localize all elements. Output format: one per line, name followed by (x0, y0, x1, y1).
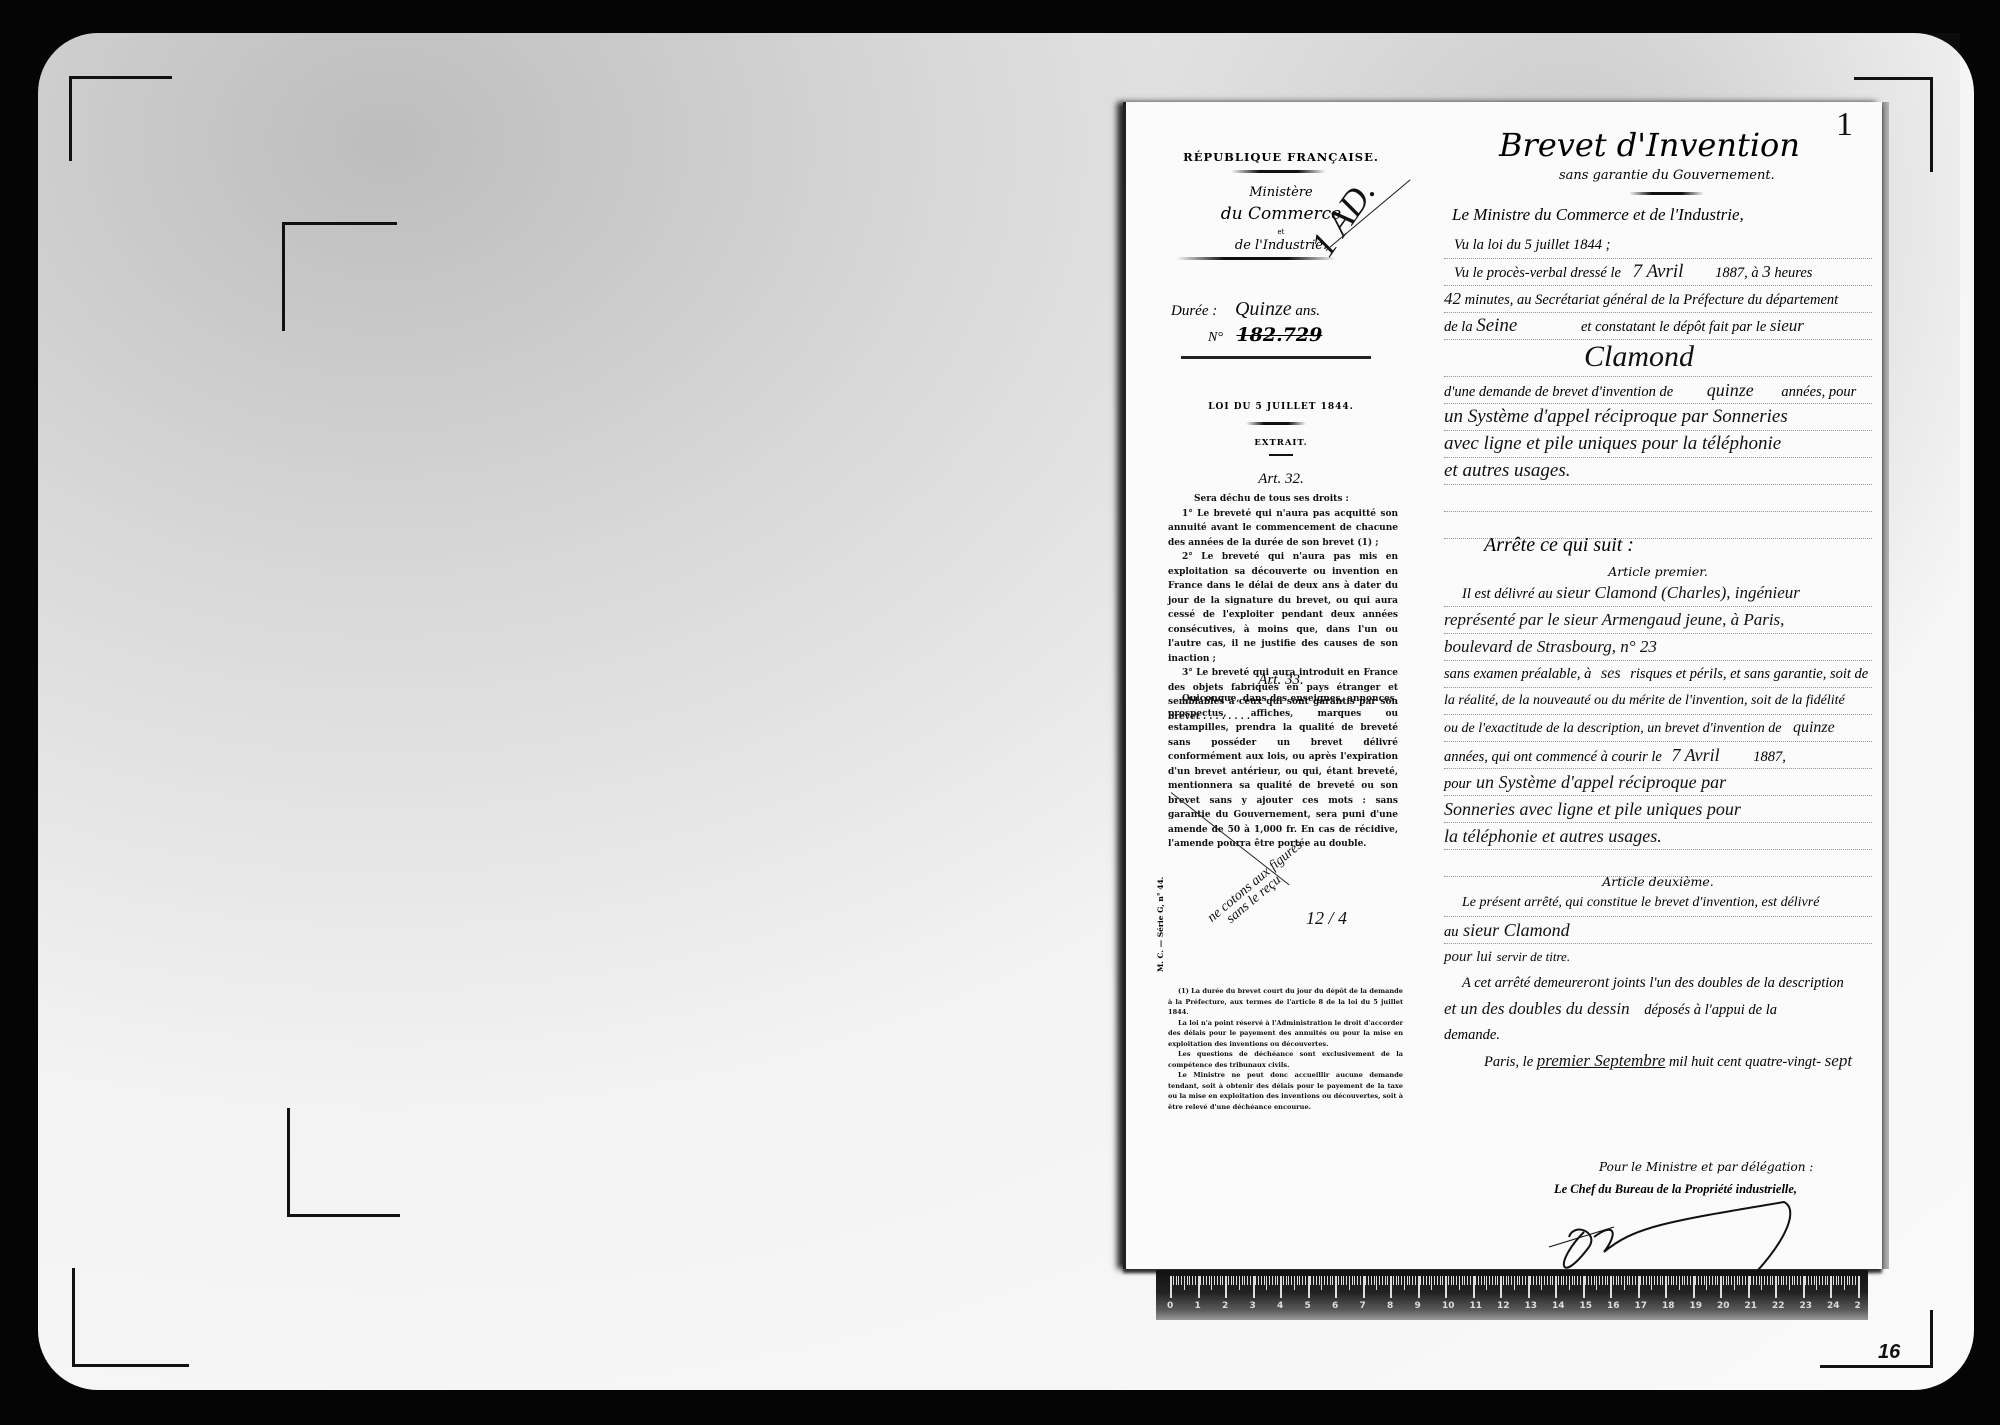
corner-number: 1 (1836, 106, 1853, 144)
ruler-minor-tick (1247, 1276, 1248, 1285)
ruler-minor-tick (1536, 1276, 1537, 1285)
ruler-minor-tick (1627, 1276, 1628, 1285)
ruler-label: 10 (1442, 1301, 1455, 1311)
deposit-sieur: sieur (1770, 316, 1804, 335)
hours-label: heures (1774, 265, 1812, 281)
ruler-minor-tick (1379, 1276, 1380, 1285)
ruler-minor-tick (1396, 1276, 1397, 1285)
ruler-minor-tick (1517, 1276, 1518, 1285)
ruler-minor-tick (1561, 1276, 1562, 1285)
ruler-minor-tick (1189, 1276, 1190, 1285)
ruler-minor-tick (1838, 1276, 1839, 1285)
ruler-label: 4 (1277, 1301, 1283, 1311)
ruler-minor-tick (1387, 1276, 1388, 1285)
vu-proces-verbal: Vu le procès-verbal dressé le (1454, 265, 1621, 281)
ruler-minor-tick (1558, 1276, 1559, 1285)
ruler-minor-tick (1176, 1276, 1177, 1285)
ruler-minor-tick (1701, 1276, 1702, 1285)
ruler-minor-tick (1385, 1276, 1386, 1285)
ruler-tick (1445, 1276, 1447, 1298)
ruler-minor-tick (1393, 1276, 1394, 1285)
ruler-minor-tick (1404, 1276, 1405, 1290)
ruler-minor-tick (1731, 1276, 1732, 1285)
ruler-minor-tick (1495, 1276, 1496, 1285)
ruler-tick (1390, 1276, 1392, 1298)
ruler-minor-tick (1211, 1276, 1212, 1290)
left-column: RÉPUBLIQUE FRANÇAISE. Ministère du Comme… (1136, 102, 1426, 1269)
risques-text: risques et périls, et sans garantie, soi… (1630, 666, 1868, 682)
ruler-minor-tick (1605, 1276, 1606, 1285)
ruler-label: 22 (1772, 1301, 1785, 1311)
ruler-minor-tick (1717, 1276, 1718, 1285)
ruler-label: 17 (1635, 1301, 1648, 1311)
ruler-minor-tick (1429, 1276, 1430, 1285)
ruler-minor-tick (1695, 1276, 1696, 1285)
ruler-label: 16 (1607, 1301, 1620, 1311)
ruler-minor-tick (1228, 1276, 1229, 1285)
grant-invention-line-1: un Système d'appel réciproque par (1476, 772, 1726, 792)
ruler-minor-tick (1382, 1276, 1383, 1285)
ruler-tick (1225, 1276, 1227, 1298)
ruler-minor-tick (1654, 1276, 1655, 1285)
ruler-minor-tick (1453, 1276, 1454, 1285)
ruler-minor-tick (1624, 1276, 1625, 1290)
margin-number: 12 / 4 (1306, 908, 1347, 929)
ruler-minor-tick (1533, 1276, 1534, 1285)
ruler-minor-tick (1767, 1276, 1768, 1285)
ruler-label: 8 (1387, 1301, 1393, 1311)
ruler-minor-tick (1376, 1276, 1377, 1290)
ruler-minor-tick (1181, 1276, 1182, 1285)
ruler-tick (1363, 1276, 1365, 1298)
ruler-minor-tick (1371, 1276, 1372, 1285)
demande-text: demande. (1444, 1022, 1872, 1048)
ruler-minor-tick (1206, 1276, 1207, 1285)
ruler-minor-tick (1569, 1276, 1570, 1290)
ruler-tick (1253, 1276, 1255, 1298)
ruler-minor-tick (1668, 1276, 1669, 1285)
crop-mark-bottom-left-outer (72, 1268, 189, 1367)
ruler-label: 12 (1497, 1301, 1510, 1311)
article-33-text: Quiconque, dans des enseignes, annonces,… (1168, 692, 1398, 852)
ruler-minor-tick (1621, 1276, 1622, 1285)
ruler-tick (1803, 1276, 1805, 1298)
ruler-tick (1830, 1276, 1832, 1298)
ruler-minor-tick (1343, 1276, 1344, 1285)
annex-joint: joint (1613, 975, 1640, 991)
ruler-minor-tick (1781, 1276, 1782, 1285)
ruler-minor-tick (1481, 1276, 1482, 1285)
ruler-minor-tick (1442, 1276, 1443, 1285)
ruler-minor-tick (1283, 1276, 1284, 1285)
article-2-line-1: Le présent arrêté, qui constitue le brev… (1444, 890, 1872, 917)
ruler-minor-tick (1426, 1276, 1427, 1285)
ruler-minor-tick (1852, 1276, 1853, 1285)
ruler-minor-tick (1800, 1276, 1801, 1285)
ruler-minor-tick (1398, 1276, 1399, 1285)
ruler-tick (1500, 1276, 1502, 1298)
au-text: au (1444, 924, 1459, 940)
footnote-1: (1) La durée du brevet court du jour du … (1168, 986, 1403, 1018)
ruler-tick (1528, 1276, 1530, 1298)
ruler-minor-tick (1368, 1276, 1369, 1285)
ruler-minor-tick (1761, 1276, 1762, 1290)
ministry-line-4: de l'Industrie. (1136, 238, 1426, 253)
ministry-line-3: et (1136, 228, 1426, 236)
arrete-heading: Arrête ce qui suit : (1484, 534, 1634, 557)
ruler-minor-tick (1288, 1276, 1289, 1285)
ruler-minor-tick (1187, 1276, 1188, 1285)
ruler-minor-tick (1646, 1276, 1647, 1285)
ruler-minor-tick (1321, 1276, 1322, 1290)
ruler-minor-tick (1742, 1276, 1743, 1285)
ruler-label: 6 (1332, 1301, 1338, 1311)
ruler-minor-tick (1814, 1276, 1815, 1285)
ruler-minor-tick (1844, 1276, 1845, 1290)
article-2-title: Article deuxième. (1444, 874, 1872, 889)
ruler-minor-tick (1423, 1276, 1424, 1285)
ruler-tick (1198, 1276, 1200, 1298)
article-1-line-7: années, qui ont commencé à courir le (1444, 749, 1662, 765)
ruler-minor-tick (1478, 1276, 1479, 1285)
ruler-tick (1693, 1276, 1695, 1298)
ruler-minor-tick (1825, 1276, 1826, 1285)
examen-text: sans examen préalable, à (1444, 666, 1591, 682)
invention-line-3: et autres usages. (1444, 458, 1872, 485)
ruler-minor-tick (1258, 1276, 1259, 1285)
ruler-minor-tick (1291, 1276, 1292, 1285)
ruler-minor-tick (1737, 1276, 1738, 1285)
ruler-label: 23 (1800, 1301, 1813, 1311)
ruler-minor-tick (1616, 1276, 1617, 1285)
article-32-para-1: 1° Le breveté qui n'aura pas acquitté so… (1168, 507, 1398, 551)
ruler-minor-tick (1618, 1276, 1619, 1285)
ruler-minor-tick (1602, 1276, 1603, 1285)
ruler-minor-tick (1723, 1276, 1724, 1285)
ruler-minor-tick (1841, 1276, 1842, 1285)
ruler-minor-tick (1305, 1276, 1306, 1285)
ruler-tick (1775, 1276, 1777, 1298)
ruler-minor-tick (1242, 1276, 1243, 1285)
article-32-intro: Sera déchu de tous ses droits : (1168, 492, 1398, 507)
ruler-minor-tick (1789, 1276, 1790, 1290)
ruler-minor-tick (1514, 1276, 1515, 1290)
ruler-label: 18 (1662, 1301, 1675, 1311)
ruler-minor-tick (1269, 1276, 1270, 1285)
ruler-minor-tick (1272, 1276, 1273, 1285)
ruler-minor-tick (1745, 1276, 1746, 1285)
annex-suffix: l'un des doubles de la description (1649, 975, 1843, 991)
ruler-minor-tick (1330, 1276, 1331, 1285)
ruler-minor-tick (1753, 1276, 1754, 1285)
ruler-minor-tick (1577, 1276, 1578, 1285)
applicant-name: Clamond (1584, 344, 1694, 370)
ruler-minor-tick (1808, 1276, 1809, 1285)
ruler-minor-tick (1792, 1276, 1793, 1285)
ruler-minor-tick (1354, 1276, 1355, 1285)
ruler-minor-tick (1550, 1276, 1551, 1285)
pour-text: pour (1444, 776, 1471, 792)
article-1-prefix: Il est délivré au (1462, 586, 1553, 602)
paris-prefix: Paris, le (1484, 1054, 1533, 1070)
duration-label: Durée : (1171, 303, 1217, 319)
deposit-text: et constatant le dépôt fait par le (1581, 319, 1766, 335)
ruler-minor-tick (1847, 1276, 1848, 1285)
ruler-minor-tick (1594, 1276, 1595, 1285)
grant-start-date: 7 Avril (1671, 745, 1719, 765)
dessins-hand: et un des doubles du dessin (1444, 999, 1630, 1018)
ruler-minor-tick (1220, 1276, 1221, 1285)
grant-invention-line-3: la téléphonie et autres usages. (1444, 823, 1872, 850)
footnote-4: Le Ministre ne peut donc accueillir aucu… (1168, 1070, 1403, 1112)
ruler-minor-tick (1195, 1276, 1196, 1285)
crop-mark-bottom-left-inner (287, 1108, 400, 1217)
ruler-minor-tick (1797, 1276, 1798, 1285)
ruler-minor-tick (1698, 1276, 1699, 1285)
ruler-minor-tick (1319, 1276, 1320, 1285)
ruler-minor-tick (1580, 1276, 1581, 1285)
ruler-minor-tick (1231, 1276, 1232, 1285)
deposes-text: déposés à l'appui de la (1644, 1002, 1777, 1018)
ruler-minor-tick (1412, 1276, 1413, 1285)
department-prefix: de la (1444, 319, 1473, 335)
patent-number: 182.729 (1236, 324, 1322, 346)
ruler-minor-tick (1409, 1276, 1410, 1285)
ruler-label: 20 (1717, 1301, 1730, 1311)
ruler-minor-tick (1728, 1276, 1729, 1285)
ruler-minor-tick (1462, 1276, 1463, 1285)
ruler-minor-tick (1173, 1276, 1174, 1285)
ruler-minor-tick (1294, 1276, 1295, 1290)
ruler-minor-tick (1475, 1276, 1476, 1285)
ruler-minor-tick (1684, 1276, 1685, 1285)
ruler-minor-tick (1676, 1276, 1677, 1285)
footnote-2: La loi n'a point réservé à l'Administrat… (1168, 1018, 1403, 1050)
law-title: LOI DU 5 JUILLET 1844. (1136, 402, 1426, 412)
ruler-minor-tick (1431, 1276, 1432, 1290)
ruler-minor-tick (1484, 1276, 1485, 1285)
ruler-minor-tick (1759, 1276, 1760, 1285)
ruler-minor-tick (1313, 1276, 1314, 1285)
signature-icon (1544, 1192, 1804, 1282)
ruler-minor-tick (1464, 1276, 1465, 1285)
ruler-minor-tick (1539, 1276, 1540, 1285)
ruler-label: 2 (1222, 1301, 1228, 1311)
ruler-minor-tick (1255, 1276, 1256, 1285)
minister-line: Le Ministre du Commerce et de l'Industri… (1452, 205, 1744, 225)
ruler-minor-tick (1239, 1276, 1240, 1290)
ruler-minor-tick (1786, 1276, 1787, 1285)
ruler-tick (1418, 1276, 1420, 1298)
document-title: Brevet d'Invention (1499, 126, 1800, 164)
ruler-tick (1473, 1276, 1475, 1298)
ruler-minor-tick (1770, 1276, 1771, 1285)
ruler-tick (1583, 1276, 1585, 1298)
ruler-minor-tick (1574, 1276, 1575, 1285)
grant-year: 1887, (1753, 749, 1786, 765)
ruler-minor-tick (1316, 1276, 1317, 1285)
ruler-minor-tick (1310, 1276, 1311, 1285)
ruler-minor-tick (1233, 1276, 1234, 1285)
ruler-tick (1638, 1276, 1640, 1298)
ruler-minor-tick (1297, 1276, 1298, 1285)
ses-hand: ses (1601, 665, 1621, 682)
ruler-minor-tick (1709, 1276, 1710, 1285)
ruler-minor-tick (1563, 1276, 1564, 1285)
ruler-label: 11 (1470, 1301, 1483, 1311)
ruler-minor-tick (1704, 1276, 1705, 1285)
pour-lui-hand: pour lui (1444, 949, 1492, 965)
ruler-minor-tick (1849, 1276, 1850, 1285)
ruler-minor-tick (1437, 1276, 1438, 1285)
ruler-minor-tick (1459, 1276, 1460, 1290)
ruler-minor-tick (1591, 1276, 1592, 1285)
ruler-minor-tick (1833, 1276, 1834, 1285)
grantee-line-2: représenté par le sieur Armengaud jeune,… (1444, 607, 1872, 634)
ruler-minor-tick (1324, 1276, 1325, 1285)
ruler-minor-tick (1530, 1276, 1531, 1285)
ruler-tick (1858, 1276, 1860, 1298)
measuring-ruler: 0123456789101112131415161718192021222324… (1156, 1270, 1868, 1320)
ruler-minor-tick (1805, 1276, 1806, 1285)
ruler-minor-tick (1519, 1276, 1520, 1285)
ruler-minor-tick (1275, 1276, 1276, 1285)
ruler-minor-tick (1541, 1276, 1542, 1290)
ruler-minor-tick (1756, 1276, 1757, 1285)
ruler-minor-tick (1209, 1276, 1210, 1285)
ruler-label: 1 (1195, 1301, 1201, 1311)
ruler-minor-tick (1522, 1276, 1523, 1285)
ruler-minor-tick (1203, 1276, 1204, 1285)
ruler-minor-tick (1503, 1276, 1504, 1285)
ruler-minor-tick (1778, 1276, 1779, 1285)
ruler-minor-tick (1451, 1276, 1452, 1285)
request-prefix: d'une demande de brevet d'invention de (1444, 384, 1673, 400)
ruler-minor-tick (1434, 1276, 1435, 1285)
article-1-line-5: la réalité, de la nouveauté ou du mérite… (1444, 688, 1872, 715)
ruler-tick (1308, 1276, 1310, 1298)
ruler-minor-tick (1682, 1276, 1683, 1285)
ruler-tick (1665, 1276, 1667, 1298)
ruler-label: 7 (1360, 1301, 1366, 1311)
ruler-minor-tick (1739, 1276, 1740, 1285)
ruler-minor-tick (1448, 1276, 1449, 1285)
ruler-minor-tick (1456, 1276, 1457, 1285)
ruler-minor-tick (1764, 1276, 1765, 1285)
ruler-minor-tick (1687, 1276, 1688, 1285)
ruler-label: 15 (1580, 1301, 1593, 1311)
ruler-minor-tick (1346, 1276, 1347, 1285)
ruler-minor-tick (1470, 1276, 1471, 1285)
duration-unit: ans. (1295, 303, 1320, 319)
deposit-date: 7 Avril (1633, 261, 1684, 282)
right-column: Brevet d'Invention 1 sans garantie du Go… (1444, 102, 1874, 1269)
footnote-3: Les questions de déchéance sont exclusiv… (1168, 1049, 1403, 1070)
ruler-minor-tick (1266, 1276, 1267, 1290)
ruler-minor-tick (1596, 1276, 1597, 1290)
ruler-tick (1170, 1276, 1172, 1298)
ruler-minor-tick (1365, 1276, 1366, 1285)
ruler-minor-tick (1420, 1276, 1421, 1285)
article-32-title: Art. 32. (1136, 471, 1426, 488)
annex-hand-1: ont (1589, 974, 1609, 991)
ruler-minor-tick (1643, 1276, 1644, 1285)
ruler-minor-tick (1184, 1276, 1185, 1290)
ruler-minor-tick (1178, 1276, 1179, 1285)
ruler-minor-tick (1632, 1276, 1633, 1285)
signing-year-text: mil huit cent quatre-vingt- (1669, 1054, 1821, 1070)
form-code: M. C. — Série G, n° 44. (1156, 877, 1165, 972)
ruler-minor-tick (1819, 1276, 1820, 1285)
ruler-minor-tick (1508, 1276, 1509, 1285)
signing-year-hand: sept (1825, 1051, 1852, 1070)
ruler-minor-tick (1214, 1276, 1215, 1285)
ruler-minor-tick (1352, 1276, 1353, 1285)
ruler-minor-tick (1640, 1276, 1641, 1285)
ruler-minor-tick (1341, 1276, 1342, 1285)
annex-prefix: A cet arrêté demeurer (1462, 975, 1589, 991)
ruler-minor-tick (1816, 1276, 1817, 1290)
ruler-minor-tick (1407, 1276, 1408, 1285)
ruler-minor-tick (1772, 1276, 1773, 1285)
ruler-minor-tick (1200, 1276, 1201, 1285)
ruler-label: 9 (1415, 1301, 1421, 1311)
ruler-minor-tick (1827, 1276, 1828, 1285)
ruler-minor-tick (1660, 1276, 1661, 1285)
article-2-grantee: sieur Clamond (1463, 920, 1570, 940)
ruler-minor-tick (1497, 1276, 1498, 1285)
ruler-minor-tick (1250, 1276, 1251, 1285)
ruler-minor-tick (1599, 1276, 1600, 1285)
article-1-title: Article premier. (1444, 564, 1872, 579)
ruler-label: 13 (1525, 1301, 1538, 1311)
number-label: N° (1208, 330, 1223, 345)
ruler-minor-tick (1286, 1276, 1287, 1285)
vu-law: Vu la loi du 5 juillet 1844 ; (1454, 237, 1610, 253)
ruler-minor-tick (1511, 1276, 1512, 1285)
ruler-minor-tick (1715, 1276, 1716, 1285)
ruler-minor-tick (1572, 1276, 1573, 1285)
ruler-minor-tick (1734, 1276, 1735, 1290)
ruler-minor-tick (1566, 1276, 1567, 1285)
annex-hand-2: s (1640, 974, 1646, 991)
invention-line-2: avec ligne et pile uniques pour la télép… (1444, 431, 1872, 458)
ruler-minor-tick (1662, 1276, 1663, 1285)
ruler-minor-tick (1222, 1276, 1223, 1285)
article-1-line-6: ou de l'exactitude de la description, un… (1444, 721, 1781, 736)
ruler-minor-tick (1244, 1276, 1245, 1285)
ruler-label: 5 (1305, 1301, 1311, 1311)
ruler-minor-tick (1506, 1276, 1507, 1285)
ruler-tick (1720, 1276, 1722, 1298)
ruler-minor-tick (1440, 1276, 1441, 1285)
ruler-minor-tick (1836, 1276, 1837, 1285)
document-subtitle: sans garantie du Gouvernement. (1559, 168, 1775, 183)
patent-document: RÉPUBLIQUE FRANÇAISE. Ministère du Comme… (1123, 102, 1882, 1269)
ruler-minor-tick (1588, 1276, 1589, 1285)
ruler-minor-tick (1338, 1276, 1339, 1285)
ruler-tick (1748, 1276, 1750, 1298)
request-suffix: années, pour (1781, 384, 1856, 400)
extract-title: EXTRAIT. (1136, 438, 1426, 448)
crop-mark-top-left-inner (282, 222, 397, 331)
ruler-tick (1610, 1276, 1612, 1298)
ruler-minor-tick (1552, 1276, 1553, 1285)
department-name: Seine (1476, 315, 1517, 336)
ruler-minor-tick (1649, 1276, 1650, 1285)
ruler-minor-tick (1299, 1276, 1300, 1285)
ruler-minor-tick (1635, 1276, 1636, 1285)
